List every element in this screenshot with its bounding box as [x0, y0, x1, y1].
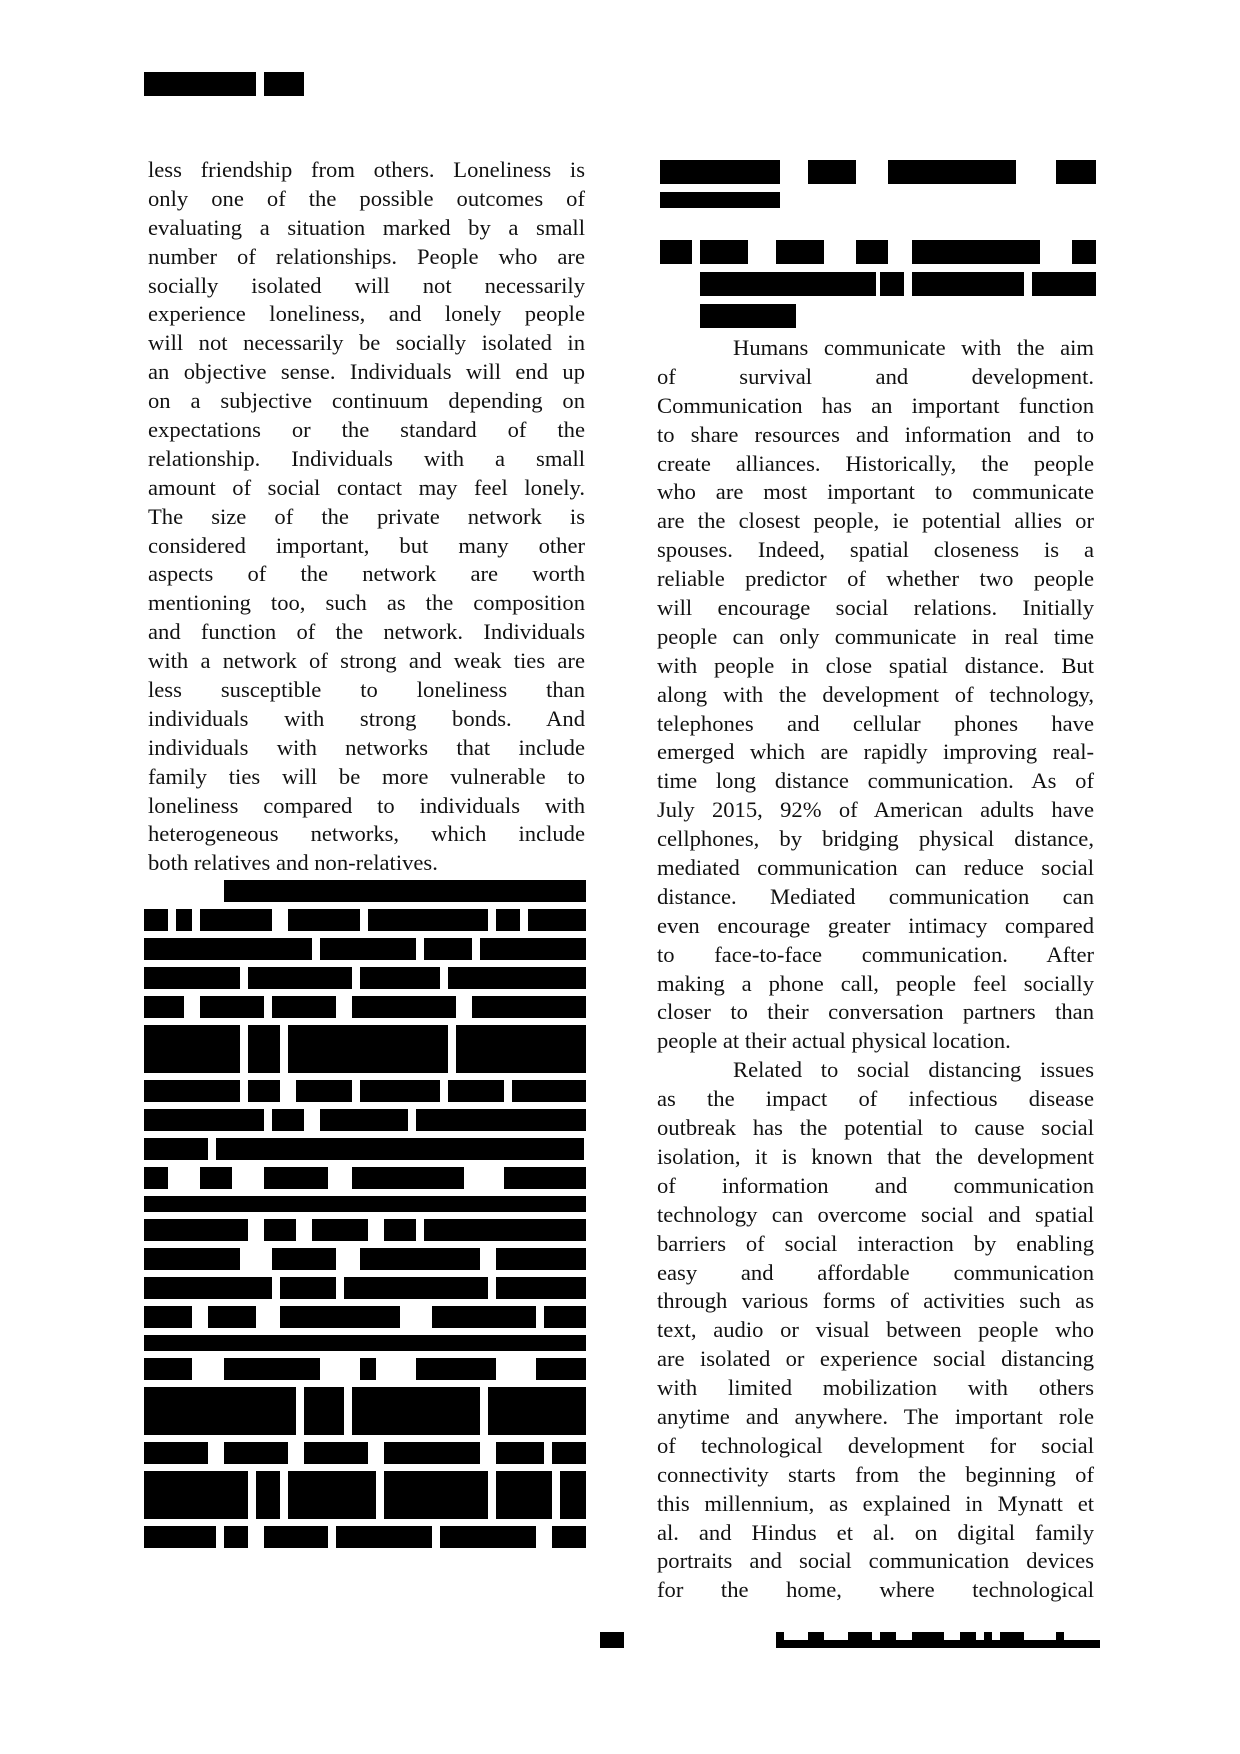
text-line: of technological development for social: [657, 1432, 1094, 1461]
text-line: of information and communication: [657, 1172, 1094, 1201]
text-line: with people in close spatial distance. B…: [657, 652, 1094, 681]
text-line: of survival and development.: [657, 363, 1094, 392]
text-line: anytime and anywhere. The important role: [657, 1403, 1094, 1432]
text-line: Communication has an important function: [657, 392, 1094, 421]
text-line: create alliances. Historically, the peop…: [657, 450, 1094, 479]
text-line: al. and Hindus et al. on digital family: [657, 1519, 1094, 1548]
text-line: loneliness compared to individuals with: [148, 792, 585, 821]
text-line: with a network of strong and weak ties a…: [148, 647, 585, 676]
running-head-redacted: [144, 72, 256, 96]
text-line: even encourage greater intimacy compared: [657, 912, 1094, 941]
text-line: and function of the network. Individuals: [148, 618, 585, 647]
text-line: considered important, but many other: [148, 532, 585, 561]
text-line: mediated communication can reduce social: [657, 854, 1094, 883]
text-line: mentioning too, such as the composition: [148, 589, 585, 618]
text-line: Humans communicate with the aim: [657, 334, 1094, 363]
text-line: will encourage social relations. Initial…: [657, 594, 1094, 623]
text-line: to face-to-face communication. After: [657, 941, 1094, 970]
text-line: are the closest people, ie potential all…: [657, 507, 1094, 536]
text-line: outbreak has the potential to cause soci…: [657, 1114, 1094, 1143]
left-column: less friendship from others. Loneliness …: [148, 156, 585, 878]
text-line: text, audio or visual between people who: [657, 1316, 1094, 1345]
text-line: as the impact of infectious disease: [657, 1085, 1094, 1114]
text-line: less friendship from others. Loneliness …: [148, 156, 585, 185]
text-line: expectations or the standard of the: [148, 416, 585, 445]
text-line: along with the development of technology…: [657, 681, 1094, 710]
text-line: distance. Mediated communication can: [657, 883, 1094, 912]
text-line: The size of the private network is: [148, 503, 585, 532]
text-line: family ties will be more vulnerable to: [148, 763, 585, 792]
text-line: closer to their conversation partners th…: [657, 998, 1094, 1027]
text-line: this millennium, as explained in Mynatt …: [657, 1490, 1094, 1519]
text-line: connectivity starts from the beginning o…: [657, 1461, 1094, 1490]
text-line: heterogeneous networks, which include: [148, 820, 585, 849]
text-line: isolation, it is known that the developm…: [657, 1143, 1094, 1172]
text-line: making a phone call, people feel sociall…: [657, 970, 1094, 999]
text-line: both relatives and non-relatives.: [148, 849, 585, 878]
body-paragraph: less friendship from others. Loneliness …: [148, 156, 585, 878]
text-line: cellphones, by bridging physical distanc…: [657, 825, 1094, 854]
text-line: portraits and social communication devic…: [657, 1547, 1094, 1576]
text-line: on a subjective continuum depending on: [148, 387, 585, 416]
text-line: barriers of social interaction by enabli…: [657, 1230, 1094, 1259]
text-line: individuals with strong bonds. And: [148, 705, 585, 734]
running-head-redacted-2: [264, 72, 304, 96]
text-line: an objective sense. Individuals will end…: [148, 358, 585, 387]
text-line: people at their actual physical location…: [657, 1027, 1094, 1056]
text-line: people can only communicate in real time: [657, 623, 1094, 652]
text-line: aspects of the network are worth: [148, 560, 585, 589]
text-line: evaluating a situation marked by a small: [148, 214, 585, 243]
body-paragraph: Related to social distancing issues as t…: [657, 1056, 1094, 1605]
right-column: Humans communicate with the aim of survi…: [657, 334, 1094, 1605]
redacted-paragraph: [144, 880, 586, 1555]
text-line: Related to social distancing issues: [657, 1056, 1094, 1085]
text-line: less susceptible to loneliness than: [148, 676, 585, 705]
text-line: experience loneliness, and lonely people: [148, 300, 585, 329]
page-number-redacted: [600, 1632, 624, 1648]
text-line: individuals with networks that include: [148, 734, 585, 763]
text-line: time long distance communication. As of: [657, 767, 1094, 796]
text-line: who are most important to communicate: [657, 478, 1094, 507]
text-line: emerged which are rapidly improving real…: [657, 738, 1094, 767]
text-line: relationship. Individuals with a small: [148, 445, 585, 474]
text-line: for the home, where technological: [657, 1576, 1094, 1605]
text-line: socially isolated will not necessarily: [148, 272, 585, 301]
text-line: reliable predictor of whether two people: [657, 565, 1094, 594]
text-line: amount of social contact may feel lonely…: [148, 474, 585, 503]
text-line: technology can overcome social and spati…: [657, 1201, 1094, 1230]
text-line: will not necessarily be socially isolate…: [148, 329, 585, 358]
text-line: are isolated or experience social distan…: [657, 1345, 1094, 1374]
text-line: spouses. Indeed, spatial closeness is a: [657, 536, 1094, 565]
text-line: number of relationships. People who are: [148, 243, 585, 272]
text-line: easy and affordable communication: [657, 1259, 1094, 1288]
body-paragraph: Humans communicate with the aim of survi…: [657, 334, 1094, 1056]
text-line: through various forms of activities such…: [657, 1287, 1094, 1316]
text-line: to share resources and information and t…: [657, 421, 1094, 450]
text-line: telephones and cellular phones have: [657, 710, 1094, 739]
text-line: July 2015, 92% of American adults have: [657, 796, 1094, 825]
text-line: with limited mobilization with others: [657, 1374, 1094, 1403]
text-line: only one of the possible outcomes of: [148, 185, 585, 214]
